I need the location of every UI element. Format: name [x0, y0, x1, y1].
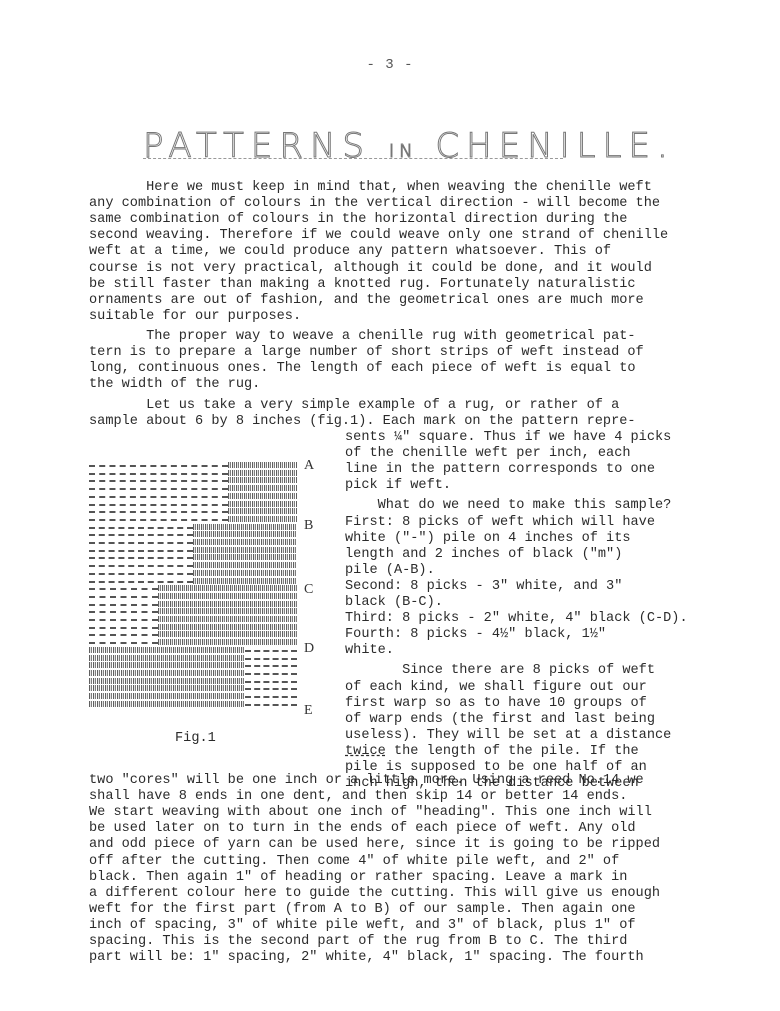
pattern-pick-row: [89, 493, 297, 499]
figure-label-e: E: [304, 703, 313, 719]
paragraph-line: black (B-C).: [345, 595, 443, 611]
pattern-pick-row: [89, 670, 297, 676]
black-pile-segment: [158, 624, 297, 630]
paragraph-line: We start weaving with about one inch of …: [89, 805, 652, 821]
pattern-pick-row: [89, 562, 297, 568]
white-pile-segment: [89, 604, 158, 606]
paragraph-line: Here we must keep in mind that, when wea…: [89, 180, 652, 196]
black-pile-segment: [158, 616, 297, 622]
black-pile-segment: [89, 678, 245, 684]
white-pile-segment: [89, 565, 193, 567]
figure-label-c: C: [304, 582, 313, 598]
white-pile-segment: [89, 634, 158, 636]
white-pile-segment: [245, 650, 297, 652]
white-pile-segment: [245, 673, 297, 675]
black-pile-segment: [89, 670, 245, 676]
black-pile-segment: [158, 585, 297, 591]
black-pile-segment: [158, 639, 297, 645]
paragraph-line: long, continuous ones. The length of eac…: [89, 361, 636, 377]
white-pile-segment: [245, 681, 297, 683]
paragraph-line: weft for the first part (from A to B) of…: [89, 902, 636, 918]
white-pile-segment: [89, 611, 158, 613]
white-pile-segment: [89, 596, 158, 598]
white-pile-segment: [245, 688, 297, 690]
black-pile-segment: [193, 578, 297, 584]
paragraph-line: spacing. This is the second part of the …: [89, 934, 627, 950]
title-underline: [143, 158, 563, 159]
paragraph-line: line in the pattern corresponds to one: [345, 462, 655, 478]
white-pile-segment: [89, 473, 228, 475]
paragraph-line: Third: 8 picks - 2" white, 4" black (C-D…: [345, 611, 688, 627]
black-pile-segment: [193, 524, 297, 530]
pattern-pick-row: [89, 547, 297, 553]
white-pile-segment: [89, 642, 158, 644]
white-pile-segment: [89, 534, 193, 536]
white-pile-segment: [89, 488, 228, 490]
paragraph-line: be used later on to turn in the ends of …: [89, 821, 636, 837]
pattern-pick-row: [89, 485, 297, 491]
white-pile-segment: [89, 557, 193, 559]
paragraph-line: second weaving. Therefore if we could we…: [89, 228, 668, 244]
paragraph-line: off after the cutting. Then come 4" of w…: [89, 854, 619, 870]
paragraph-line: pick if weft.: [345, 478, 451, 494]
white-pile-segment: [245, 665, 297, 667]
black-pile-segment: [89, 655, 245, 661]
pattern-pick-row: [89, 616, 297, 622]
pattern-pick-row: [89, 570, 297, 576]
white-pile-segment: [89, 504, 228, 506]
black-pile-segment: [158, 593, 297, 599]
white-pile-segment: [89, 527, 193, 529]
paragraph-line: Second: 8 picks - 3" white, and 3": [345, 579, 622, 595]
black-pile-segment: [193, 531, 297, 537]
black-pile-segment: [228, 477, 297, 483]
title-word-chenille: CHENILLE.: [435, 126, 674, 166]
paragraph-line: The proper way to weave a chenille rug w…: [89, 329, 636, 345]
black-pile-segment: [228, 516, 297, 522]
pattern-pick-row: [89, 516, 297, 522]
pattern-pick-row: [89, 601, 297, 607]
black-pile-segment: [228, 485, 297, 491]
paragraph-line: ornaments are out of fashion, and the ge…: [89, 293, 644, 309]
pattern-pick-row: [89, 662, 297, 668]
paragraph-line: and odd piece of yarn can be used here, …: [89, 837, 660, 853]
black-pile-segment: [228, 462, 297, 468]
black-pile-segment: [228, 470, 297, 476]
paragraph-line: be still faster than making a knotted ru…: [89, 277, 636, 293]
title-word-patterns: PATTERNS: [143, 126, 371, 166]
paragraph-line: part will be: 1" spacing, 2" white, 4" b…: [89, 950, 644, 966]
paragraph-line: useless). They will be set at a distance: [345, 728, 671, 744]
black-pile-segment: [89, 685, 245, 691]
white-pile-segment: [89, 581, 193, 583]
pattern-pick-row: [89, 477, 297, 483]
paragraph-line: a different colour here to guide the cut…: [89, 886, 660, 902]
white-pile-segment: [89, 465, 228, 467]
pattern-pick-row: [89, 655, 297, 661]
white-pile-segment: [245, 696, 297, 698]
paragraph-line: Let us take a very simple example of a r…: [89, 398, 619, 414]
pattern-pick-row: [89, 693, 297, 699]
paragraph-line: of each kind, we shall figure out our: [345, 680, 647, 696]
white-pile-segment: [89, 496, 228, 498]
pattern-pick-row: [89, 501, 297, 507]
pattern-pick-row: [89, 624, 297, 630]
white-pile-segment: [89, 511, 228, 513]
paragraph-line: white.: [345, 643, 394, 659]
paragraph-line: pile (A-B).: [345, 563, 435, 579]
white-pile-segment: [89, 619, 158, 621]
pattern-pick-row: [89, 462, 297, 468]
black-pile-segment: [193, 554, 297, 560]
paragraph-line: First: 8 picks of weft which will have: [345, 515, 655, 531]
paragraph-line: first warp so as to have 10 groups of: [345, 696, 647, 712]
figure-1-pattern: [89, 462, 299, 710]
paragraph-line: same combination of colours in the horiz…: [89, 212, 627, 228]
white-pile-segment: [89, 627, 158, 629]
figure-label-d: D: [304, 641, 314, 657]
pattern-pick-row: [89, 608, 297, 614]
paragraph-line: sents ¼" square. Thus if we have 4 picks: [345, 430, 671, 446]
pattern-pick-row: [89, 678, 297, 684]
paragraph-line: length and 2 inches of black ("m"): [345, 547, 622, 563]
paragraph-line: tern is to prepare a large number of sho…: [89, 345, 644, 361]
pattern-pick-row: [89, 585, 297, 591]
black-pile-segment: [89, 693, 245, 699]
white-pile-segment: [89, 550, 193, 552]
paragraph-line: the width of the rug.: [89, 377, 260, 393]
black-pile-segment: [89, 647, 245, 653]
black-pile-segment: [193, 570, 297, 576]
black-pile-segment: [228, 508, 297, 514]
paragraph-line: What do we need to make this sample?: [345, 498, 671, 514]
white-pile-segment: [89, 480, 228, 482]
white-pile-segment: [89, 542, 193, 544]
pattern-pick-row: [89, 631, 297, 637]
pattern-pick-row: [89, 531, 297, 537]
black-pile-segment: [228, 501, 297, 507]
black-pile-segment: [193, 562, 297, 568]
page-number: - 3 -: [0, 57, 780, 73]
page-title: PATTERNS IN CHENILLE.: [143, 126, 675, 166]
paragraph-line: suitable for our purposes.: [89, 309, 301, 325]
figure-label-b: B: [304, 518, 313, 534]
paragraph-line: inch of spacing, 3" of white pile weft, …: [89, 918, 636, 934]
paragraph-line: of the chenille weft per inch, each: [345, 446, 631, 462]
pattern-pick-row: [89, 701, 297, 707]
black-pile-segment: [193, 539, 297, 545]
paragraph-line: sample about 6 by 8 inches (fig.1). Each…: [89, 414, 636, 430]
black-pile-segment: [228, 493, 297, 499]
emphasized-word: twice: [345, 744, 386, 759]
pattern-pick-row: [89, 554, 297, 560]
paragraph-line: of warp ends (the first and last being: [345, 712, 655, 728]
black-pile-segment: [89, 701, 245, 707]
paragraph-line: Fourth: 8 picks - 4½" black, 1½": [345, 627, 606, 643]
paragraph-line: two "cores" will be one inch or a little…: [89, 773, 644, 789]
pattern-pick-row: [89, 470, 297, 476]
white-pile-segment: [89, 573, 193, 575]
pattern-pick-row: [89, 639, 297, 645]
paragraph-line: weft at a time, we could produce any pat…: [89, 244, 611, 260]
paragraph-line: white ("-") pile on 4 inches of its: [345, 531, 631, 547]
paragraph-line: shall have 8 ends in one dent, and then …: [89, 789, 627, 805]
pattern-pick-row: [89, 508, 297, 514]
pattern-pick-row: [89, 685, 297, 691]
paragraph-line: Since there are 8 picks of weft: [345, 663, 655, 679]
pattern-pick-row: [89, 524, 297, 530]
pattern-pick-row: [89, 578, 297, 584]
paragraph-line: black. Then again 1" of heading or rathe…: [89, 870, 627, 886]
white-pile-segment: [245, 704, 297, 706]
paragraph-line: twice the length of the pile. If the: [345, 744, 639, 760]
paragraph-line: course is not very practical, although i…: [89, 261, 652, 277]
black-pile-segment: [89, 662, 245, 668]
figure-caption: Fig.1: [175, 731, 216, 746]
black-pile-segment: [158, 601, 297, 607]
pattern-pick-row: [89, 539, 297, 545]
pattern-pick-row: [89, 593, 297, 599]
pattern-pick-row: [89, 647, 297, 653]
figure-label-a: A: [304, 458, 314, 474]
white-pile-segment: [89, 519, 228, 521]
black-pile-segment: [158, 608, 297, 614]
paragraph-line: any combination of colours in the vertic…: [89, 196, 660, 212]
paragraph-text: the length of the pile. If the: [386, 744, 639, 759]
black-pile-segment: [158, 631, 297, 637]
white-pile-segment: [245, 658, 297, 660]
black-pile-segment: [193, 547, 297, 553]
white-pile-segment: [89, 588, 158, 590]
